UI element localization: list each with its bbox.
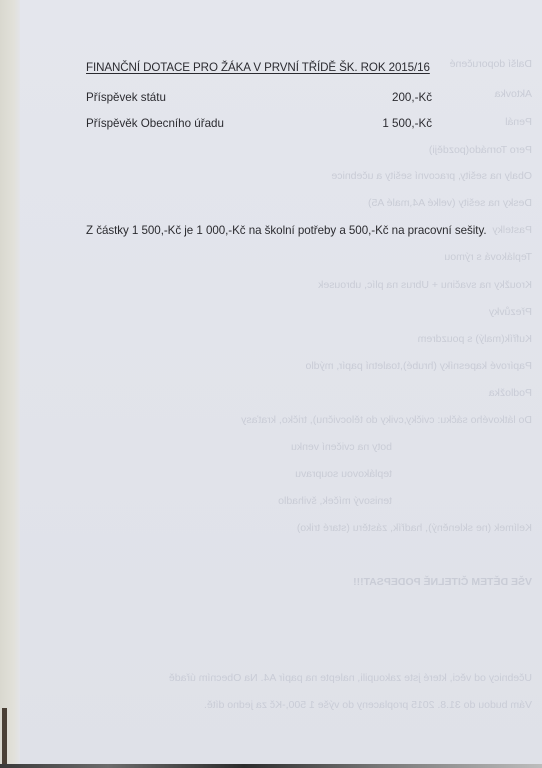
document-content: FINANČNÍ DOTACE PRO ŽÁKA V PRVNÍ TŘÍDĚ Š… <box>0 0 542 768</box>
document-title: FINANČNÍ DOTACE PRO ŽÁKA V PRVNÍ TŘÍDĚ Š… <box>86 61 430 74</box>
contribution-amount: 1 500,-Kč <box>332 117 432 130</box>
scan-shadow-corner <box>2 708 7 768</box>
page-edge-bottom <box>0 764 542 768</box>
contribution-label: Příspěvěk Obecního úřadu <box>86 117 224 130</box>
contribution-label: Příspěvek státu <box>86 91 166 104</box>
contribution-amount: 200,-Kč <box>332 91 432 104</box>
scanned-page: Další doporučené Aktovka Penál Pero Torn… <box>0 0 542 768</box>
allocation-note: Z částky 1 500,-Kč je 1 000,-Kč na školn… <box>86 224 487 237</box>
